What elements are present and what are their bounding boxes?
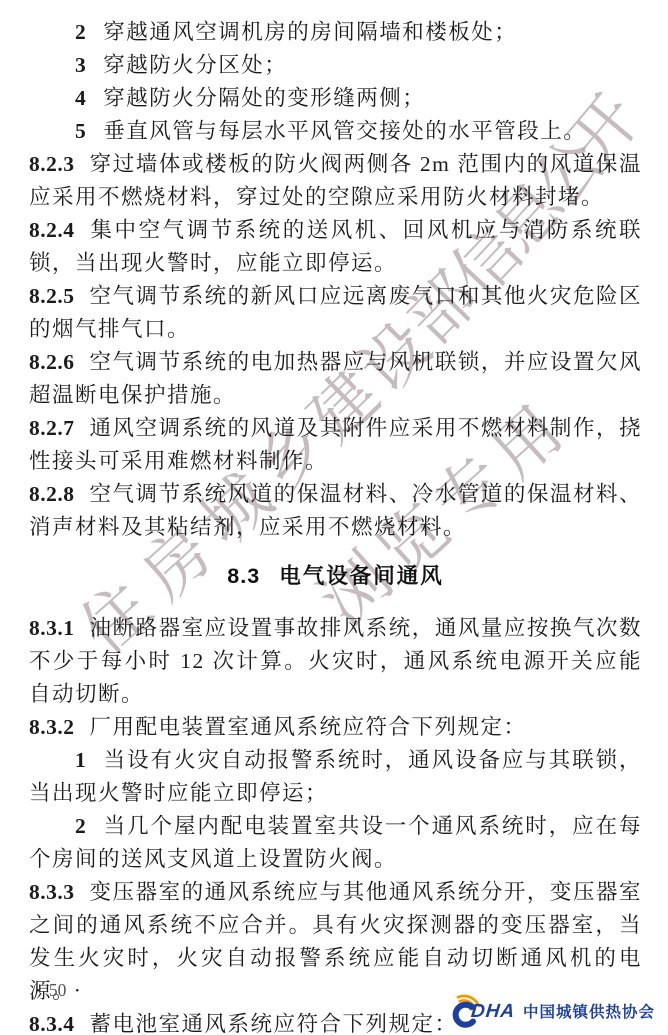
item-number: 8.2.5 xyxy=(29,284,75,308)
item-text: 穿过墙体或楼板的防火阀两侧各 2m 范围内的风道保温应采用不燃烧材料，穿过处的空… xyxy=(29,152,642,209)
item-text: 当几个屋内配电装置室共设一个通风系统时，应在每个房间的送风支风道上设置防火阀。 xyxy=(29,814,642,871)
section-number: 8.3 xyxy=(227,564,260,588)
logo-abbr-text: DHA xyxy=(470,1001,516,1023)
clause-paragraph: 8.2.6空气调节系统的电加热器应与风机联锁，并应设置欠风超温断电保护措施。 xyxy=(29,346,642,412)
item-number: 4 xyxy=(75,86,86,110)
list-item: 2当几个屋内配电装置室共设一个通风系统时，应在每个房间的送风支风道上设置防火阀。 xyxy=(29,810,642,876)
item-number: 8.2.6 xyxy=(29,350,75,374)
list-item: 4穿越防火分隔处的变形缝两侧； xyxy=(29,82,642,115)
item-text: 集中空气调节系统的送风机、回风机应与消防系统联锁，当出现火警时，应能立即停运。 xyxy=(29,218,642,275)
clause-paragraph: 8.2.5空气调节系统的新风口应远离废气口和其他火灾危险区的烟气排气口。 xyxy=(29,280,642,346)
clause-paragraph: 8.2.7通风空调系统的风道及其附件应采用不燃材料制作，挠性接头可采用难燃材料制… xyxy=(29,412,642,478)
item-text: 空气调节系统的新风口应远离废气口和其他火灾危险区的烟气排气口。 xyxy=(29,284,642,341)
item-text: 垂直风管与每层水平风管交接处的水平管段上。 xyxy=(103,119,586,143)
item-number: 2 xyxy=(75,20,86,44)
item-text: 蓄电池室通风系统应符合下列规定： xyxy=(90,1012,458,1035)
item-text: 变压器室的通风系统应与其他通风系统分开，变压器室之间的通风系统不应合并。具有火灾… xyxy=(29,880,642,1003)
item-number: 8.2.3 xyxy=(29,152,75,176)
list-item: 3穿越防火分区处； xyxy=(29,49,642,82)
document-blocks: 2穿越通风空调机房的房间隔墙和楼板处；3穿越防火分区处；4穿越防火分隔处的变形缝… xyxy=(29,16,642,1035)
item-number: 8.2.4 xyxy=(29,218,75,242)
item-text: 厂用配电装置室通风系统应符合下列规定： xyxy=(90,715,527,739)
item-text: 油断路器室应设置事故排风系统，通风量应按换气次数不少于每小时 12 次计算。火灾… xyxy=(29,616,642,706)
footer-bullet-left: • xyxy=(36,985,40,997)
clause-paragraph: 8.3.1油断路器室应设置事故排风系统，通风量应按换气次数不少于每小时 12 次… xyxy=(29,612,642,711)
clause-paragraph: 8.3.2厂用配电装置室通风系统应符合下列规定： xyxy=(29,711,642,744)
section-title: 电气设备间通风 xyxy=(279,564,444,588)
item-number: 8.2.7 xyxy=(29,416,75,440)
item-number: 8.3.1 xyxy=(29,616,75,640)
item-number: 1 xyxy=(75,748,86,772)
clause-paragraph: 8.2.3穿过墙体或楼板的防火阀两侧各 2m 范围内的风道保温应采用不燃烧材料，… xyxy=(29,148,642,214)
section-heading: 8.3电气设备间通风 xyxy=(29,560,642,593)
item-number: 8.2.8 xyxy=(29,482,75,506)
clause-paragraph: 8.2.4集中空气调节系统的送风机、回风机应与消防系统联锁，当出现火警时，应能立… xyxy=(29,214,642,280)
document-page: 住房城乡建设部信息公开浏览专用 2穿越通风空调机房的房间隔墙和楼板处；3穿越防火… xyxy=(0,0,668,1035)
item-text: 当设有火灾自动报警系统时，通风设备应与其联锁，当出现火警时应能立即停运； xyxy=(29,748,642,805)
item-number: 8.3.3 xyxy=(29,880,75,904)
item-number: 8.3.2 xyxy=(29,715,75,739)
item-text: 穿越防火分区处； xyxy=(103,53,287,77)
association-logo: DHA 中国城镇供热协会 xyxy=(436,988,655,1028)
logo-org-name: 中国城镇供热协会 xyxy=(523,1000,655,1022)
clause-paragraph: 8.2.8空气调节系统风道的保温材料、冷水管道的保温材料、消声材料及其粘结剂，应… xyxy=(29,478,642,544)
page-number: 50 xyxy=(49,980,67,1001)
item-text: 空气调节系统风道的保温材料、冷水管道的保温材料、消声材料及其粘结剂，应采用不燃烧… xyxy=(29,482,642,539)
item-text: 穿越防火分隔处的变形缝两侧； xyxy=(103,86,425,110)
footer-bullet-right: • xyxy=(75,985,79,997)
list-item: 2穿越通风空调机房的房间隔墙和楼板处； xyxy=(29,16,642,49)
list-item: 5垂直风管与每层水平风管交接处的水平管段上。 xyxy=(29,115,642,148)
page-footer: • 50 • xyxy=(36,980,79,1001)
item-number: 8.3.4 xyxy=(29,1012,75,1035)
list-item: 1当设有火灾自动报警系统时，通风设备应与其联锁，当出现火警时应能立即停运； xyxy=(29,744,642,810)
item-number: 3 xyxy=(75,53,86,77)
item-text: 空气调节系统的电加热器应与风机联锁，并应设置欠风超温断电保护措施。 xyxy=(29,350,642,407)
item-text: 通风空调系统的风道及其附件应采用不燃材料制作，挠性接头可采用难燃材料制作。 xyxy=(29,416,642,473)
item-number: 2 xyxy=(75,814,86,838)
item-text: 穿越通风空调机房的房间隔墙和楼板处； xyxy=(103,20,517,44)
item-number: 5 xyxy=(75,119,86,143)
